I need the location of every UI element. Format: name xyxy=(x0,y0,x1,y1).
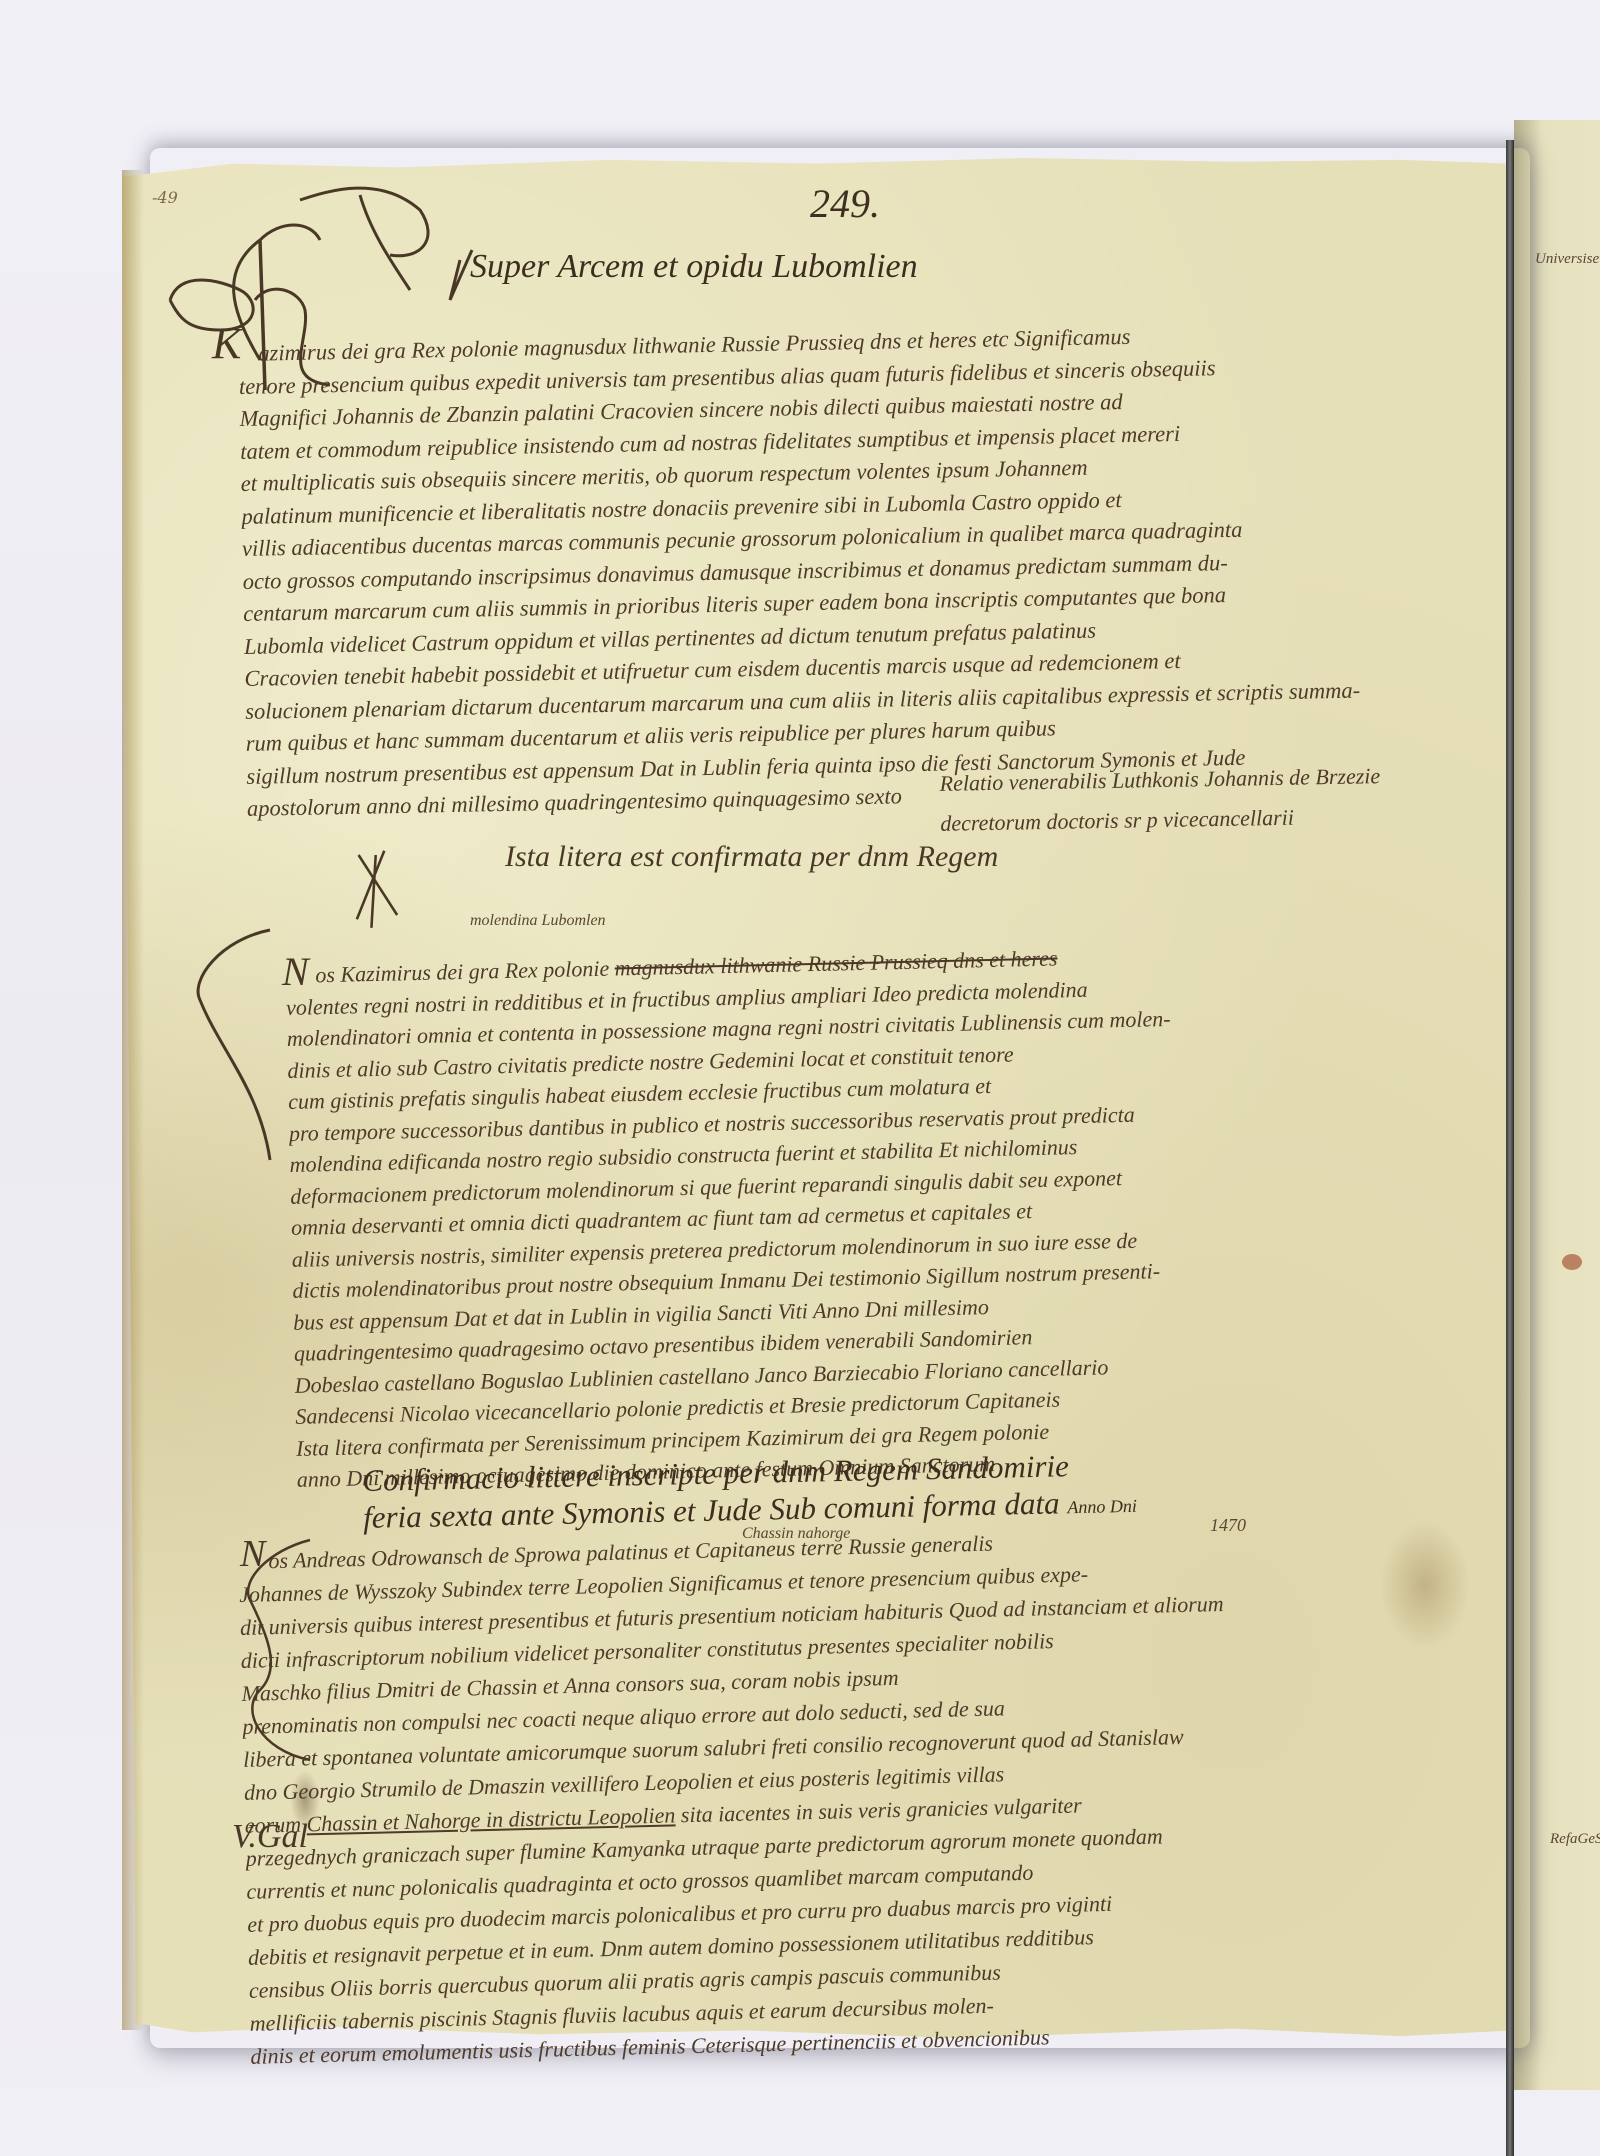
leaf-edge-stain xyxy=(122,170,144,2030)
signature-line: Relatio venerabilis Luthkonis Johannis d… xyxy=(939,756,1380,804)
manuscript-line: Ge xyxy=(1578,1831,1596,1847)
charter-text-block-2: os Kazimirus dei gra Rex polonie magnusd… xyxy=(285,932,1527,1495)
paragraph-bracket-icon xyxy=(160,920,280,1240)
manuscript-line: Universis xyxy=(1535,251,1593,267)
confirmation-subnote: molendina Lubomlen xyxy=(470,912,606,930)
confirmation-note: Ista litera est confirmata per dnm Regem xyxy=(505,840,998,874)
folio-number: 249. xyxy=(810,180,880,227)
manuscript-line: fa xyxy=(1566,1831,1578,1847)
underlined-text: Chassin et Nahorge in districtu Leopolie… xyxy=(306,1802,675,1836)
manuscript-line: Re xyxy=(1550,1831,1566,1847)
facing-page-text-bottom: RefaGeSnianBoInx S xyxy=(1550,1826,1600,1852)
charter-text-block-1: azimirus dei gra Rex polonie magnusdux l… xyxy=(238,315,1467,826)
facing-page-text-top: Universiset celQuod cuad longiper priali… xyxy=(1535,244,1600,275)
chancery-signature: Relatio venerabilis Luthkonis Johannis d… xyxy=(939,756,1381,844)
charter-text-block-3: os Andreas Odrowansch de Sprowa palatinu… xyxy=(238,1515,1481,2073)
cross-mark-icon xyxy=(350,845,410,925)
confirmation-heading-aside: Anno Dni xyxy=(1067,1496,1137,1517)
margin-note: V.Gal xyxy=(232,1818,308,1856)
section-heading: Super Arcem et opidu Lubomlien xyxy=(470,248,918,286)
manuscript-line: et cel xyxy=(1593,251,1600,267)
red-ink-stain xyxy=(1562,1254,1582,1270)
initial-letter: K xyxy=(212,318,241,369)
signature-line: decretorum doctoris sr p vicecancellarii xyxy=(940,796,1381,844)
manuscript-line: S xyxy=(1595,1831,1600,1847)
